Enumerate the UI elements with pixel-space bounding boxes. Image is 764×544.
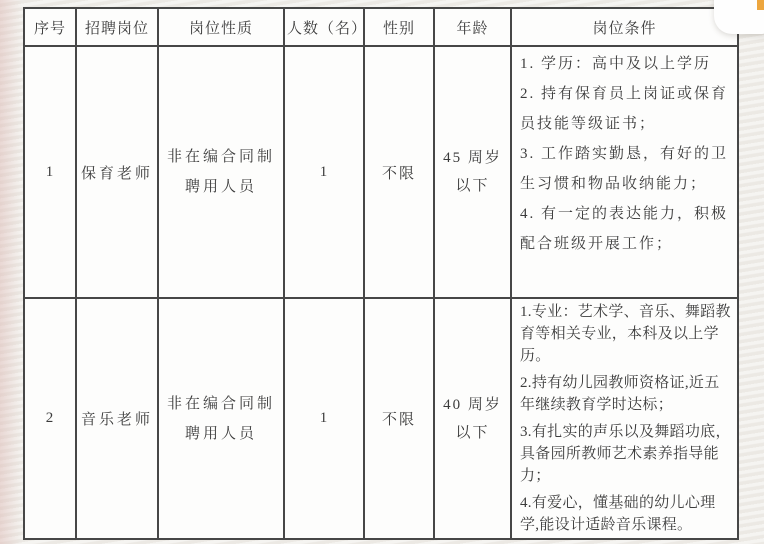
cell-count: 1 <box>284 46 364 298</box>
cell-conditions: 1.专业：艺术学、音乐、舞蹈教育等相关专业，本科及以上学历。 2.持有幼儿园教师… <box>511 298 738 539</box>
table-row: 2 音乐老师 非在编合同制聘用人员 1 不限 40 周岁以下 1.专业：艺术学、… <box>24 298 738 539</box>
header-count: 人数（名） <box>284 8 364 46</box>
table-header-row: 序号 招聘岗位 岗位性质 人数（名） 性别 年龄 岗位条件 <box>24 8 738 46</box>
cell-count: 1 <box>284 298 364 539</box>
recruitment-table: 序号 招聘岗位 岗位性质 人数（名） 性别 年龄 岗位条件 1 保育老师 非在编… <box>23 7 739 540</box>
cell-age: 45 周岁以下 <box>434 46 511 298</box>
cell-conditions: 1. 学历：高中及以上学历 2. 持有保育员上岗证或保育员技能等级证书； 3. … <box>511 46 738 298</box>
condition-item: 2. 持有保育员上岗证或保育员技能等级证书； <box>520 79 733 139</box>
header-position: 招聘岗位 <box>76 8 158 46</box>
condition-item: 3.有扎实的声乐以及舞蹈功底，具备园所教师艺术素养指导能力； <box>520 421 733 487</box>
header-age: 年龄 <box>434 8 511 46</box>
cell-no: 1 <box>24 46 76 298</box>
cell-no: 2 <box>24 298 76 539</box>
corner-accent <box>757 0 764 10</box>
cell-position: 音乐老师 <box>76 298 158 539</box>
header-no: 序号 <box>24 8 76 46</box>
condition-item: 4.有爱心，懂基础的幼儿心理学,能设计适龄音乐课程。 <box>520 492 733 536</box>
condition-item: 4. 有一定的表达能力，积极配合班级开展工作； <box>520 199 733 259</box>
condition-item: 1.专业：艺术学、音乐、舞蹈教育等相关专业，本科及以上学历。 <box>520 301 733 367</box>
cell-position: 保育老师 <box>76 46 158 298</box>
header-gender: 性别 <box>364 8 434 46</box>
header-conditions: 岗位条件 <box>511 8 738 46</box>
condition-item: 3. 工作踏实勤恳，有好的卫生习惯和物品收纳能力； <box>520 139 733 199</box>
cell-gender: 不限 <box>364 298 434 539</box>
cell-age: 40 周岁以下 <box>434 298 511 539</box>
condition-item: 2.持有幼儿园教师资格证,近五年继续教育学时达标； <box>520 372 733 416</box>
cell-nature: 非在编合同制聘用人员 <box>158 46 284 298</box>
cell-nature: 非在编合同制聘用人员 <box>158 298 284 539</box>
table-row: 1 保育老师 非在编合同制聘用人员 1 不限 45 周岁以下 1. 学历：高中及… <box>24 46 738 298</box>
header-nature: 岗位性质 <box>158 8 284 46</box>
cell-gender: 不限 <box>364 46 434 298</box>
condition-item: 1. 学历：高中及以上学历 <box>520 49 733 79</box>
